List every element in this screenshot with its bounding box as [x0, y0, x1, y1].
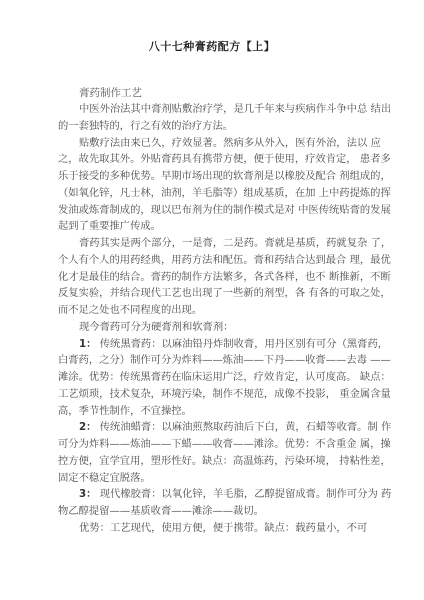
line-text: 化才是最佳的结合。膏药的制作方法繁多，各式各样，也不 断推新，不断	[58, 271, 391, 283]
text-line: 化才是最佳的结合。膏药的制作方法繁多，各式各样，也不 断推新，不断	[58, 269, 370, 286]
text-line: 固定不稳定宜脱落。	[58, 470, 370, 487]
text-line: 之，故先取其外。外贴膏药具有携带方便，便于使用，疗效肯定， 患者多	[58, 151, 370, 168]
text-line: 高，季节性制作，不宜操控。	[58, 403, 370, 420]
text-line: 工艺烦琐，技术复杂，环境污染，制作不规范，成像不投影， 重金属含量	[58, 386, 370, 403]
list-number: 3：	[79, 488, 96, 500]
line-text: 的一套独特的，行之有效的治疗方法。	[58, 120, 233, 132]
line-text: 起到了重要推广传成。	[58, 220, 161, 232]
text-line: 乐于接受的多种优势。早期市场出现的软膏剂是以橡胶及配合 剂组成的，	[58, 168, 370, 185]
line-text: （如氧化锌，凡士林，油剂，羊毛脂等）组成基质，在加 上中药提炼的挥	[58, 187, 391, 199]
list-number: 2：	[79, 421, 96, 433]
text-line: 中医外治法其中膏剂贴敷治疗学，是几千年来与疾病作斗争中总 结出	[58, 101, 370, 118]
document-body: 中医外治法其中膏剂贴敷治疗学，是几千年来与疾病作斗争中总 结出的一套独特的，行之…	[58, 101, 370, 537]
line-text: 现今膏药可分为硬膏剂和软膏剂：	[79, 321, 233, 333]
line-text: 乐于接受的多种优势。早期市场出现的软膏剂是以橡胶及配合 剂组成的，	[58, 170, 391, 182]
line-text: 高，季节性制作，不宜操控。	[58, 405, 192, 417]
line-text: 现代橡胶膏：以氧化锌，羊毛脂，乙醇提留成膏。制作可分为 药	[96, 488, 391, 500]
text-line: 可分为炸料——炼油——下蜡——收膏——滩涂。优势：不含重金 属，操	[58, 436, 370, 453]
text-line: 控方便，宜学宜用，塑形性好。缺点：高温炼药，污染环境， 持粘性差，	[58, 453, 370, 470]
document-title: 八十七种膏药配方【上】	[0, 39, 424, 55]
line-text: 优势：工艺现代，使用方便，便于携带。缺点：载药量小，不可	[79, 522, 367, 534]
line-text: 而不足之处也不同程度的出现。	[58, 304, 202, 316]
text-line: 而不足之处也不同程度的出现。	[58, 302, 370, 319]
line-text: 中医外治法其中膏剂贴敷治疗学，是几千年来与疾病作斗争中总 结出	[79, 103, 391, 115]
line-text: 可分为炸料——炼油——下蜡——收膏——滩涂。优势：不含重金 属，操	[58, 438, 391, 450]
document-page: 八十七种膏药配方【上】 膏药制作工艺 中医外治法其中膏剂贴敷治疗学，是几千年来与…	[0, 0, 424, 600]
section-heading: 膏药制作工艺	[79, 85, 142, 101]
text-line: 膏药其实是两个部分，一是膏，二是药。膏就是基质，药就复杂 了，	[58, 235, 370, 252]
text-line: 发油或炼膏制成的，现以巴布剂为住的制作模式是对 中医传统贴膏的发展	[58, 202, 370, 219]
line-text: 反复实验，并结合现代工艺也出现了一些新的剂型，各 有各的可取之处，	[58, 287, 391, 299]
line-text: 工艺烦琐，技术复杂，环境污染，制作不规范，成像不投影， 重金属含量	[58, 388, 391, 400]
line-text: 控方便，宜学宜用，塑形性好。缺点：高温炼药，污染环境， 持粘性差，	[58, 455, 391, 467]
list-number: 1：	[79, 338, 96, 350]
text-line: 个人有个人的用药经典，用药方法和配伍。膏和药结合达到最合 理，最优	[58, 252, 370, 269]
line-text: 贴敷疗法由来已久，疗效显著。然病多从外入，医有外治，法以 应	[79, 137, 381, 149]
line-text: 滩涂。优势：传统黑膏药在临床运用广泛，疗效肯定，认可度高。 缺点：	[58, 371, 391, 383]
text-line: 贴敷疗法由来已久，疗效显著。然病多从外入，医有外治，法以 应	[58, 135, 370, 152]
text-line: 物乙醇提留——基质收膏——滩涂——裁切。	[58, 503, 370, 520]
line-text: 发油或炼膏制成的，现以巴布剂为住的制作模式是对 中医传统贴膏的发展	[58, 204, 391, 216]
text-line: 现今膏药可分为硬膏剂和软膏剂：	[58, 319, 370, 336]
line-text: 物乙醇提留——基质收膏——滩涂——裁切。	[58, 505, 264, 517]
text-line: 1： 传统黑膏药：以麻油铅丹炸制收膏，用丹区别有可分（黑膏药，	[58, 336, 370, 353]
line-text: 传统黑膏药：以麻油铅丹炸制收膏，用丹区别有可分（黑膏药，	[96, 338, 388, 350]
text-line: 起到了重要推广传成。	[58, 218, 370, 235]
line-text: 固定不稳定宜脱落。	[58, 472, 151, 484]
text-line: 2： 传统油蜡膏：以麻油煎熬取药油后下白，黄，石蜡等收膏。制 作	[58, 419, 370, 436]
line-text: 传统油蜡膏：以麻油煎熬取药油后下白，黄，石蜡等收膏。制 作	[96, 421, 391, 433]
line-text: 个人有个人的用药经典，用药方法和配伍。膏和药结合达到最合 理，最优	[58, 254, 391, 266]
text-line: （如氧化锌，凡士林，油剂，羊毛脂等）组成基质，在加 上中药提炼的挥	[58, 185, 370, 202]
text-line: 优势：工艺现代，使用方便，便于携带。缺点：载药量小，不可	[58, 520, 370, 537]
line-text: 膏药其实是两个部分，一是膏，二是药。膏就是基质，药就复杂 了，	[79, 237, 391, 249]
text-line: 反复实验，并结合现代工艺也出现了一些新的剂型，各 有各的可取之处，	[58, 285, 370, 302]
text-line: 滩涂。优势：传统黑膏药在临床运用广泛，疗效肯定，认可度高。 缺点：	[58, 369, 370, 386]
text-line: 3： 现代橡胶膏：以氧化锌，羊毛脂，乙醇提留成膏。制作可分为 药	[58, 486, 370, 503]
text-line: 的一套独特的，行之有效的治疗方法。	[58, 118, 370, 135]
line-text: 白膏药，之分）制作可分为炸料——炼油——下丹——收膏——去毒 ——	[58, 354, 391, 366]
text-line: 白膏药，之分）制作可分为炸料——炼油——下丹——收膏——去毒 ——	[58, 352, 370, 369]
line-text: 之，故先取其外。外贴膏药具有携带方便，便于使用，疗效肯定， 患者多	[58, 153, 391, 165]
